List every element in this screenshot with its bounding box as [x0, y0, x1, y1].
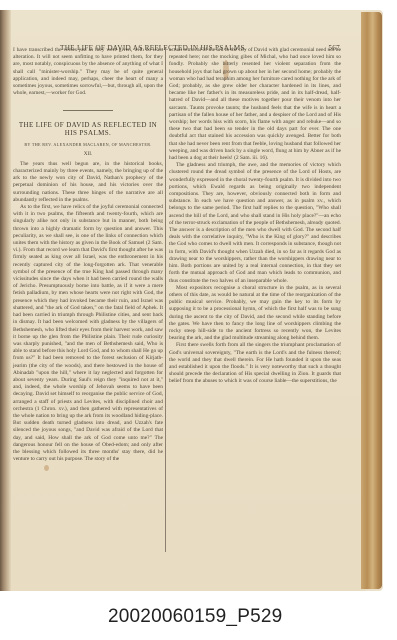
paper-stain	[44, 465, 49, 471]
paragraph: actual removal of the ark to the city of…	[169, 47, 341, 162]
chapter-number: XII.	[13, 151, 163, 158]
right-column: actual removal of the ark to the city of…	[169, 47, 341, 386]
article-byline: BY THE REV. ALEXANDER MACLAREN, OF MANCH…	[13, 141, 163, 148]
paragraph: The gladness and triumph, the awe, and t…	[169, 162, 341, 284]
column-divider	[165, 47, 166, 552]
image-caption-id: 20020060159_P529	[108, 606, 282, 628]
page-edge-stack	[361, 12, 382, 589]
article-title: THE LIFE OF DAVID AS REFLECTED IN HIS PS…	[13, 121, 163, 137]
paragraph: Most expositors recognise a choral struc…	[169, 285, 341, 343]
book-binding-gutter	[0, 10, 11, 591]
paragraph: The years thus well begun are, in the hi…	[13, 161, 163, 204]
paragraph: As to the first, we have relics of the j…	[13, 204, 163, 463]
intro-paragraph: I have transcribed the verses just as th…	[13, 47, 163, 97]
left-column: I have transcribed the verses just as th…	[13, 47, 163, 463]
paragraph: First there swells forth from all the si…	[169, 342, 341, 385]
section-separator-rule	[63, 110, 113, 111]
